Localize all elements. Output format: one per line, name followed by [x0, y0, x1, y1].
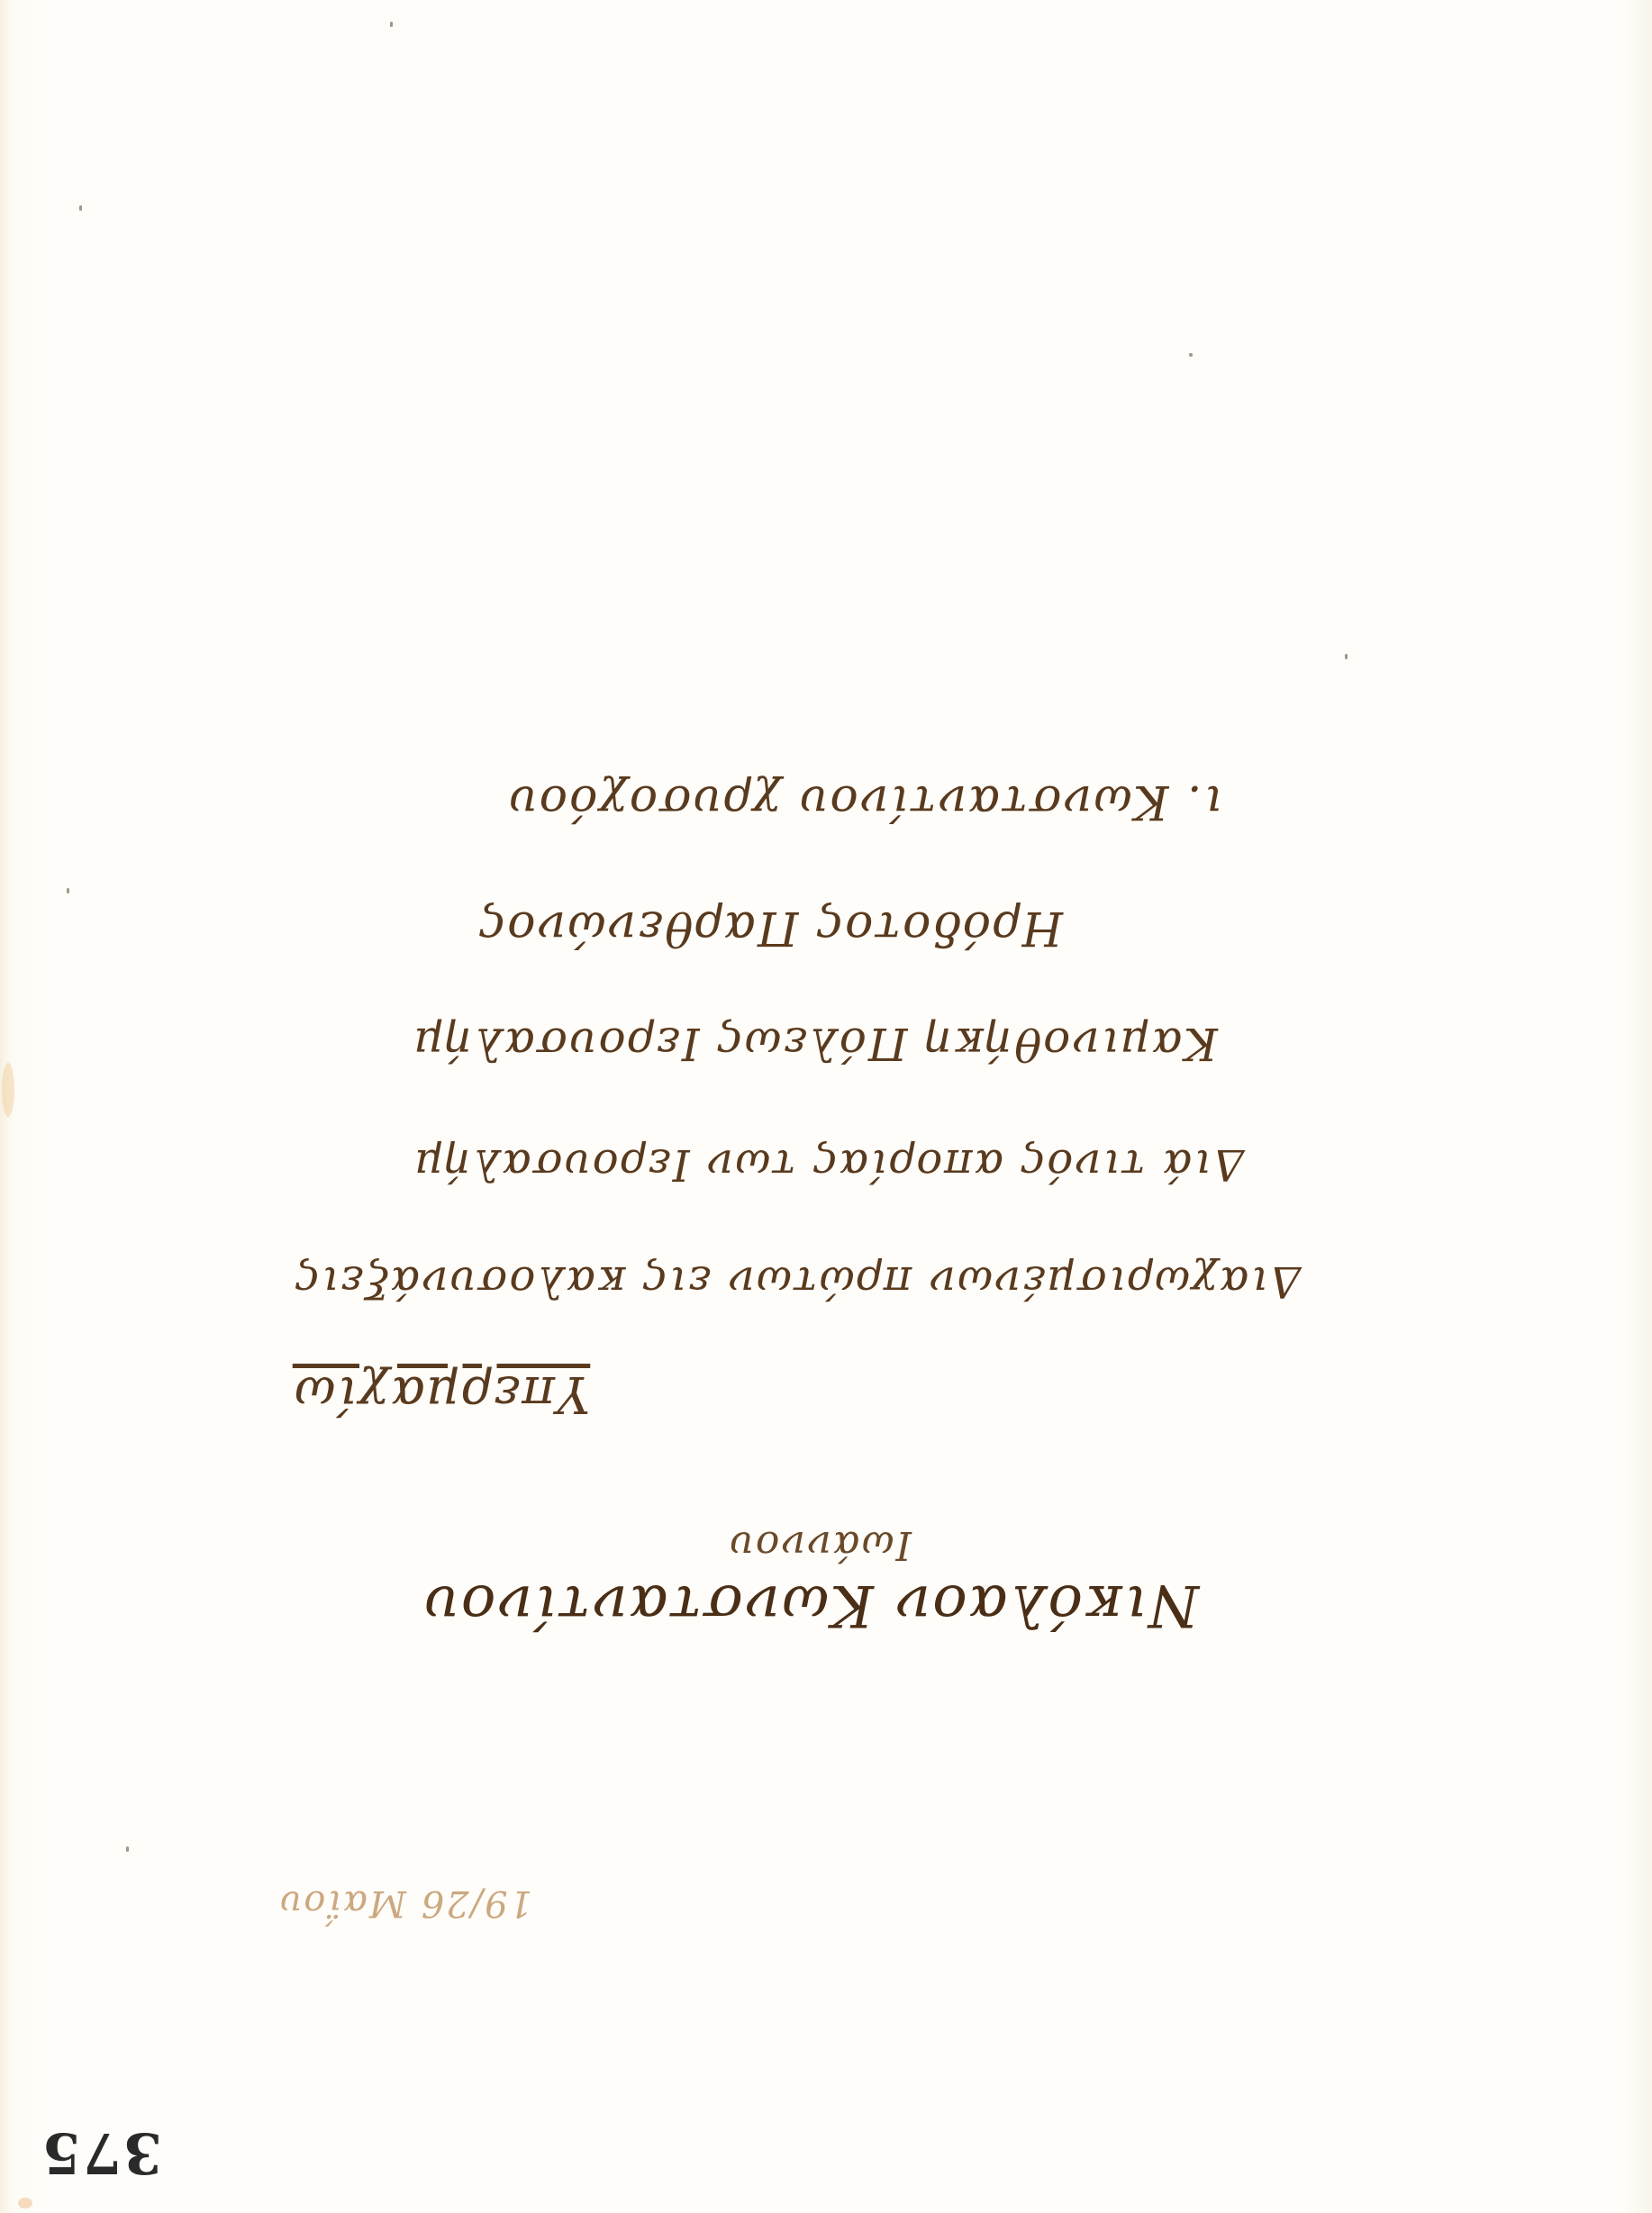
- letter-line-1: ι. Κωνσταντίνου χρυσοχόου: [315, 775, 1414, 829]
- paper-stain: [18, 2198, 32, 2208]
- ink-speck: [79, 205, 82, 211]
- letter-line-4: Διά τινός απορίας των Ιερουσαλήμ: [243, 1139, 1414, 1190]
- ink-speck: [1189, 353, 1193, 357]
- letter-heading-underlined: Υπερμαχίω: [261, 1365, 622, 1423]
- ink-speck: [390, 22, 393, 27]
- letter-line-5: Διαχωρισμένων πρώτων εις καλοσυνάξεις: [135, 1256, 1459, 1307]
- ink-speck: [67, 888, 69, 893]
- ink-speck: [126, 1846, 129, 1852]
- paper-background: [0, 0, 1652, 2213]
- page-number: 375: [54, 2121, 162, 2184]
- signature-superscript: Ιωάννου: [703, 1522, 937, 1568]
- letter-line-2: Ηρόδοτος Παρθενώνος: [369, 901, 1171, 955]
- paper-stain: [2, 1063, 14, 1117]
- letter-line-3: Καμινοθήκη Πόλεως Ιερουσαλήμ: [306, 1018, 1324, 1070]
- ink-speck: [1345, 654, 1348, 659]
- pencil-date-note: 19/26 Μαΐου: [261, 1882, 549, 1924]
- signature: Νικόλαον Κωνσταντίνου: [378, 1572, 1243, 1638]
